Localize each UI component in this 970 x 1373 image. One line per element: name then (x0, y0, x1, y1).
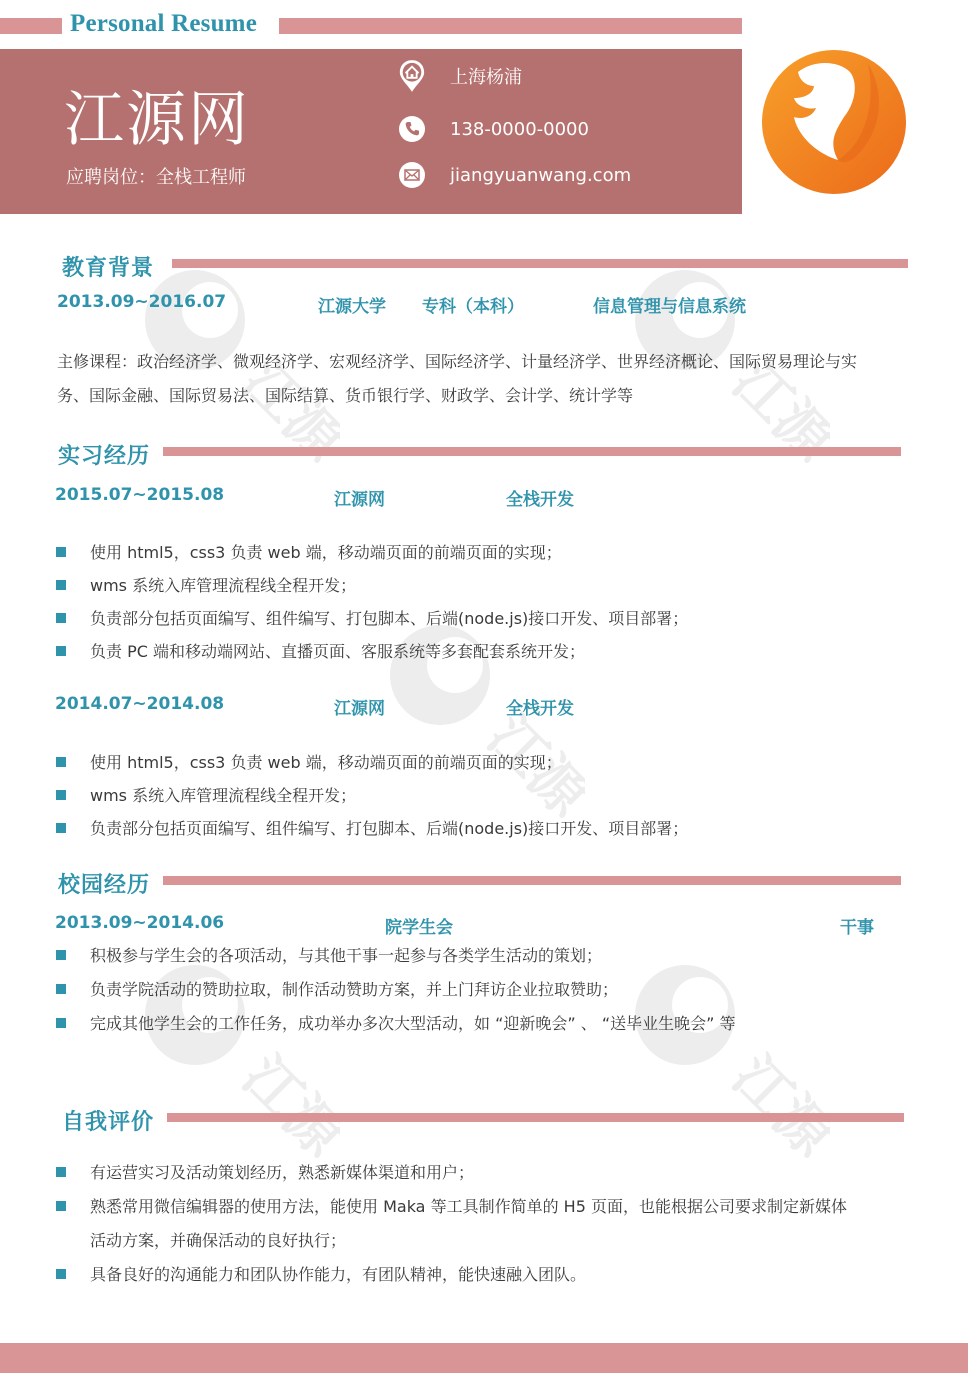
list-item: wms 系统入库管理流程线全程开发； (56, 783, 356, 806)
internship-period: 2014.07~2014.08 (55, 694, 224, 714)
list-item-continuation: 活动方案，并确保活动的良好执行； (90, 1228, 346, 1251)
contact-phone-text[interactable]: 138-0000-0000 (450, 119, 589, 140)
banner-title: Personal Resume (70, 10, 257, 38)
education-courses-line1: 主修课程：政治经济学、微观经济学、宏观经济学、国际经济学、计量经济学、世界经济概… (57, 349, 857, 372)
contact-email-text[interactable]: jiangyuanwang.com (450, 165, 631, 186)
contact-email: jiangyuanwang.com (398, 161, 631, 189)
list-item: 负责部分包括页面编写、组件编写、打包脚本、后端(node.js)接口开发、项目部… (56, 816, 688, 839)
education-major: 信息管理与信息系统 (593, 292, 746, 317)
orange-flame-logo-icon (758, 42, 910, 194)
banner-bar-left (0, 18, 62, 34)
candidate-name: 江源网 (64, 72, 250, 158)
list-item: 具备良好的沟通能力和团队协作能力，有团队精神，能快速融入团队。 (56, 1262, 586, 1285)
square-bullet-icon (56, 547, 66, 557)
education-period: 2013.09~2016.07 (57, 292, 226, 312)
square-bullet-icon (56, 823, 66, 833)
location-home-icon (398, 62, 426, 90)
footer-bar (0, 1343, 968, 1373)
section-divider (163, 447, 901, 456)
list-item: 积极参与学生会的各项活动，与其他干事一起参与各类学生活动的策划； (56, 943, 602, 966)
section-divider (172, 259, 908, 268)
square-bullet-icon (56, 580, 66, 590)
banner-bar-right (279, 18, 742, 34)
list-item: wms 系统入库管理流程线全程开发； (56, 573, 356, 596)
square-bullet-icon (56, 757, 66, 767)
square-bullet-icon (56, 1018, 66, 1028)
section-title-campus: 校园经历 (58, 868, 150, 899)
contact-location-text: 上海杨浦 (450, 63, 522, 89)
square-bullet-icon (56, 1167, 66, 1177)
campus-period: 2013.09~2014.06 (55, 913, 224, 933)
list-item: 使用 html5，css3 负责 web 端，移动端页面的前端页面的实现； (56, 750, 562, 773)
list-item: 负责学院活动的赞助拉取，制作活动赞助方案，并上门拜访企业拉取赞助； (56, 977, 618, 1000)
internship-company: 江源网 (334, 694, 385, 719)
campus-role: 干事 (840, 913, 874, 938)
phone-icon (398, 115, 426, 143)
square-bullet-icon (56, 613, 66, 623)
applied-position: 应聘岗位：全栈工程师 (66, 163, 246, 189)
list-item: 熟悉常用微信编辑器的使用方法，能使用 Maka 等工具制作简单的 H5 页面，也… (56, 1194, 847, 1217)
education-degree: 专科（本科） (422, 292, 524, 317)
square-bullet-icon (56, 984, 66, 994)
svg-text:江源: 江源 (720, 1044, 830, 1160)
internship-role: 全栈开发 (506, 485, 574, 510)
internship-role: 全栈开发 (506, 694, 574, 719)
list-item: 使用 html5，css3 负责 web 端，移动端页面的前端页面的实现； (56, 540, 562, 563)
square-bullet-icon (56, 1201, 66, 1211)
internship-company: 江源网 (334, 485, 385, 510)
education-school: 江源大学 (318, 292, 386, 317)
list-item: 有运营实习及活动策划经历，熟悉新媒体渠道和用户； (56, 1160, 474, 1183)
square-bullet-icon (56, 1269, 66, 1279)
list-item: 完成其他学生会的工作任务，成功举办多次大型活动，如 “迎新晚会” 、 “送毕业生… (56, 1011, 736, 1034)
contact-phone: 138-0000-0000 (398, 115, 589, 143)
campus-org: 院学生会 (385, 913, 453, 938)
list-item: 负责部分包括页面编写、组件编写、打包脚本、后端(node.js)接口开发、项目部… (56, 606, 688, 629)
list-item: 负责 PC 端和移动端网站、直播页面、客服系统等多套配套系统开发； (56, 639, 585, 662)
section-title-internship: 实习经历 (58, 439, 150, 470)
section-divider (167, 1113, 904, 1122)
section-title-self-eval: 自我评价 (62, 1105, 154, 1136)
section-divider (163, 876, 901, 885)
contact-location: 上海杨浦 (398, 62, 522, 90)
square-bullet-icon (56, 790, 66, 800)
mail-icon (398, 161, 426, 189)
watermark-logo-icon: 江源 (630, 960, 830, 1160)
svg-text:江源: 江源 (230, 1044, 340, 1160)
square-bullet-icon (56, 646, 66, 656)
square-bullet-icon (56, 950, 66, 960)
education-courses-line2: 务、国际金融、国际贸易法、国际结算、货币银行学、财政学、会计学、统计学等 (57, 383, 633, 406)
internship-period: 2015.07~2015.08 (55, 485, 224, 505)
section-title-education: 教育背景 (62, 251, 154, 282)
